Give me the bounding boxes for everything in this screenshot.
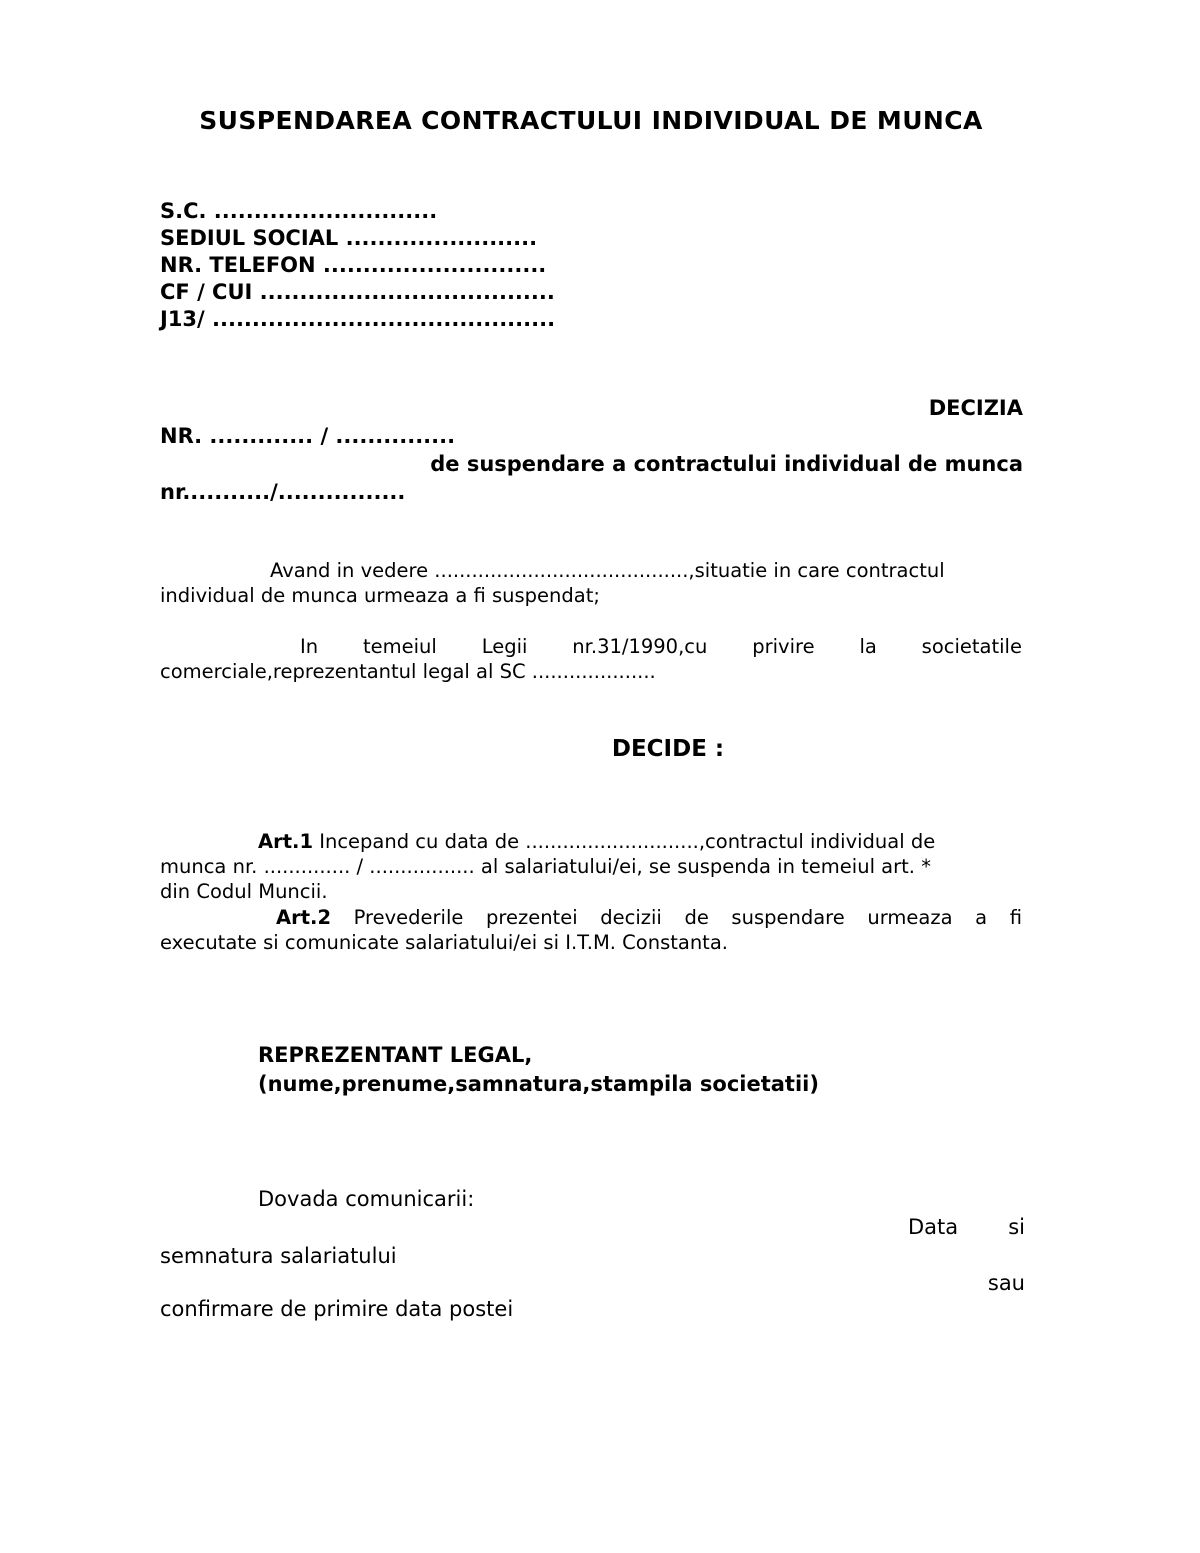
document-title: SUSPENDAREA CONTRACTULUI INDIVIDUAL DE M…	[0, 106, 1191, 135]
company-tax-id-line: CF / CUI ...............................…	[160, 279, 555, 306]
word: de	[684, 905, 708, 930]
company-phone-line: NR. TELEFON ............................	[160, 252, 555, 279]
preamble-p1-line1: Avand in vedere ........................…	[160, 558, 1022, 583]
word: In	[300, 634, 318, 659]
article-2-line2: executate si comunicate salariatului/ei …	[160, 930, 1022, 955]
decide-heading: DECIDE :	[68, 736, 1200, 762]
article-1-line1: Art.1 Incepand cu data de ..............…	[160, 829, 1022, 854]
article-1: Art.1 Incepand cu data de ..............…	[160, 829, 1022, 904]
article-1-label: Art.1	[258, 830, 313, 853]
article-2-line1: Art.2 Prevederile prezentei decizii de s…	[160, 905, 1022, 930]
word: nr.31/1990,cu	[572, 634, 707, 659]
document-page: SUSPENDAREA CONTRACTULUI INDIVIDUAL DE M…	[0, 0, 1200, 1553]
company-registry-line: J13/ ...................................…	[160, 306, 555, 333]
proof-line2: semnatura salariatului	[160, 1244, 397, 1268]
decision-number: NR. ............. / ...............	[160, 424, 455, 448]
word: Legii	[482, 634, 528, 659]
article-2-label: Art.2	[276, 905, 331, 930]
proof-label: Dovada comunicarii:	[258, 1187, 474, 1211]
preamble-p2-line1: In temeiul Legii nr.31/1990,cu privire l…	[160, 634, 1022, 659]
preamble-p1-line2: individual de munca urmeaza a fi suspend…	[160, 583, 1022, 608]
decision-heading: DECIZIA	[929, 396, 1023, 420]
preamble-p2-line2: comerciale,reprezentantul legal al SC ..…	[160, 659, 1022, 684]
word: privire	[752, 634, 814, 659]
preamble-paragraph-2: In temeiul Legii nr.31/1990,cu privire l…	[160, 634, 1022, 684]
signature-block: REPREZENTANT LEGAL, (nume,prenume,samnat…	[258, 1041, 819, 1099]
article-2: Art.2 Prevederile prezentei decizii de s…	[160, 905, 1022, 955]
word: la	[859, 634, 876, 659]
word: Data	[908, 1215, 958, 1239]
article-1-line3: din Codul Muncii.	[160, 879, 1022, 904]
word: Prevederile	[354, 905, 464, 930]
proof-line4: confirmare de primire data postei	[160, 1297, 513, 1321]
company-sc-line: S.C. ............................	[160, 198, 555, 225]
signature-role: REPREZENTANT LEGAL,	[258, 1041, 819, 1070]
proof-line1: Data si	[908, 1215, 1025, 1239]
decision-subtitle: de suspendare a contractului individual …	[430, 452, 1023, 476]
company-header: S.C. ............................ SEDIUL…	[160, 198, 555, 333]
word: a	[975, 905, 987, 930]
word: si	[1008, 1215, 1025, 1239]
signature-details: (nume,prenume,samnatura,stampila societa…	[258, 1070, 819, 1099]
word: urmeaza	[867, 905, 952, 930]
word: fi	[1010, 905, 1022, 930]
article-1-text-line1: Incepand cu data de ....................…	[319, 830, 935, 853]
proof-line3: sau	[988, 1271, 1025, 1295]
word: temeiul	[363, 634, 437, 659]
company-registered-office-line: SEDIUL SOCIAL ........................	[160, 225, 555, 252]
article-1-line2: munca nr. .............. / .............…	[160, 854, 1022, 879]
preamble-paragraph-1: Avand in vedere ........................…	[160, 558, 1022, 608]
word: societatile	[922, 634, 1022, 659]
word: prezentei	[486, 905, 578, 930]
contract-number: nr.........../................	[160, 480, 405, 504]
word: decizii	[600, 905, 662, 930]
word: suspendare	[731, 905, 844, 930]
